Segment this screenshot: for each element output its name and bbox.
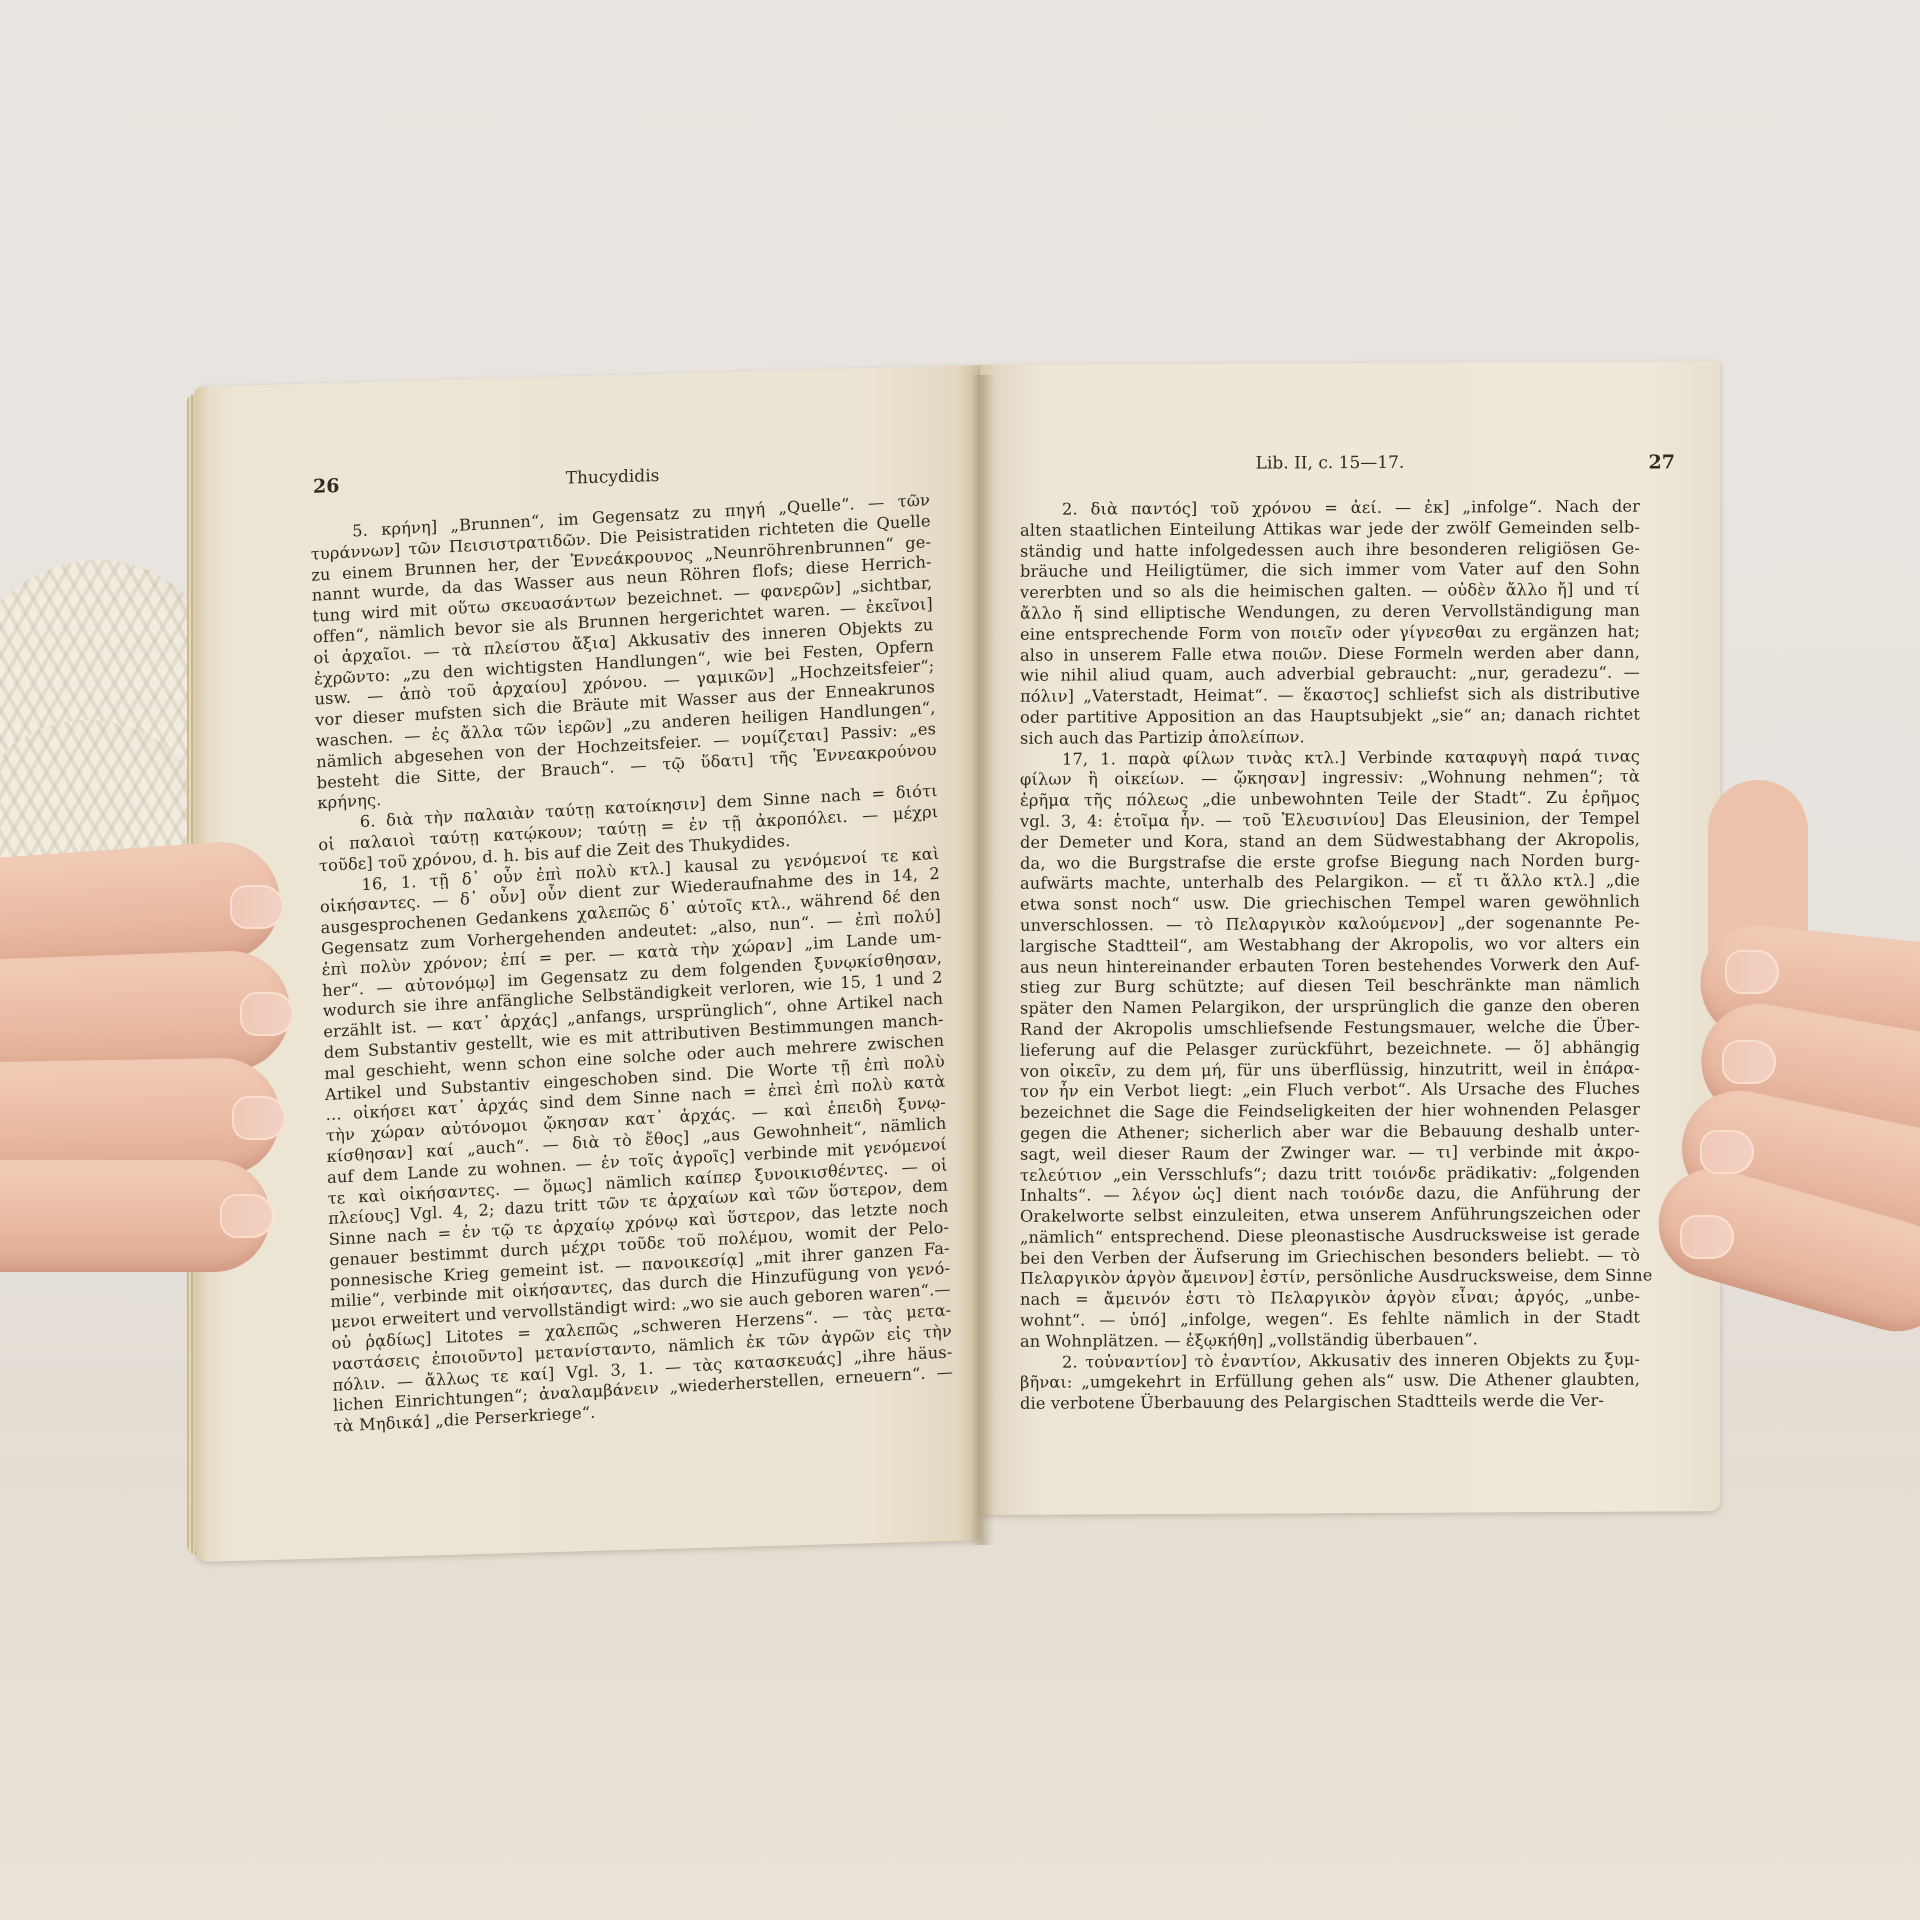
text-line: gegen die Athener; sicherlich aber war d…: [1020, 1120, 1640, 1144]
fingernail: [232, 1096, 286, 1140]
text-line: sagt, weil dieser Raum der Zwinger war. …: [1020, 1141, 1640, 1165]
text-line: lieferung auf die Pelasger zurückführt, …: [1020, 1037, 1640, 1061]
fingernail: [1680, 1215, 1734, 1259]
text-line: vgl. 3, 4: ἑτοῖμα ἦν. — τοῦ Ἐλευσινίου] …: [1020, 808, 1640, 832]
text-line: largische Stadtteil“, am Westabhang der …: [1020, 933, 1640, 957]
fingernail: [240, 992, 294, 1036]
fingernail: [1725, 950, 1779, 994]
text-line: unverschlossen. — τὸ Πελαργικὸν καλούμεν…: [1020, 912, 1640, 936]
right-page: Lib. II, c. 15—17. 27 2. διὰ παντός] τοῦ…: [980, 361, 1720, 1515]
text-line: 2. διὰ παντός] τοῦ χρόνου = ἀεί. — ἐκ] „…: [1020, 497, 1640, 521]
text-line: der Demeter und Kora, stand an dem Südwe…: [1020, 829, 1640, 853]
text-line: Rand der Akropolis umschliefsende Festun…: [1020, 1016, 1640, 1040]
text-line: eine entsprechende Form von ποιεῖν oder …: [1020, 621, 1640, 645]
page-number: 27: [1649, 451, 1675, 473]
running-head: Thucydidis: [305, 459, 920, 496]
right-page-header: Lib. II, c. 15—17. 27: [980, 451, 1720, 483]
book-gutter: [970, 375, 994, 1545]
running-head: Lib. II, c. 15—17.: [1000, 451, 1660, 474]
text-line: oder partitive Apposition an das Hauptsu…: [1020, 705, 1640, 729]
fingernail: [230, 885, 284, 929]
left-page: 26 Thucydidis 5. κρήνη] „Brunnen“, im Ge…: [195, 365, 980, 1562]
text-line: alten staatlichen Einteilung Attikas war…: [1020, 517, 1640, 541]
text-line: wohnt“. — ὑπό] „infolge, wegen“. Es fehl…: [1020, 1308, 1640, 1332]
left-page-body: 5. κρήνη] „Brunnen“, im Gegensatz zu πηγ…: [310, 490, 954, 1438]
text-line: die verbotene Überbauung des Pelargische…: [1020, 1391, 1640, 1415]
right-page-body: 2. διὰ παντός] τοῦ χρόνου = ἀεί. — ἐκ] „…: [1020, 497, 1640, 1415]
fingernail: [1722, 1040, 1776, 1084]
fingernail: [1700, 1130, 1754, 1174]
fingernail: [220, 1194, 274, 1238]
text-line: „nämlich“ entsprechend. Diese pleonastis…: [1020, 1224, 1640, 1248]
open-book: 26 Thucydidis 5. κρήνη] „Brunnen“, im Ge…: [195, 365, 1720, 1580]
text-line: ἄλλο ἤ sind elliptische Wendungen, zu de…: [1020, 601, 1640, 625]
